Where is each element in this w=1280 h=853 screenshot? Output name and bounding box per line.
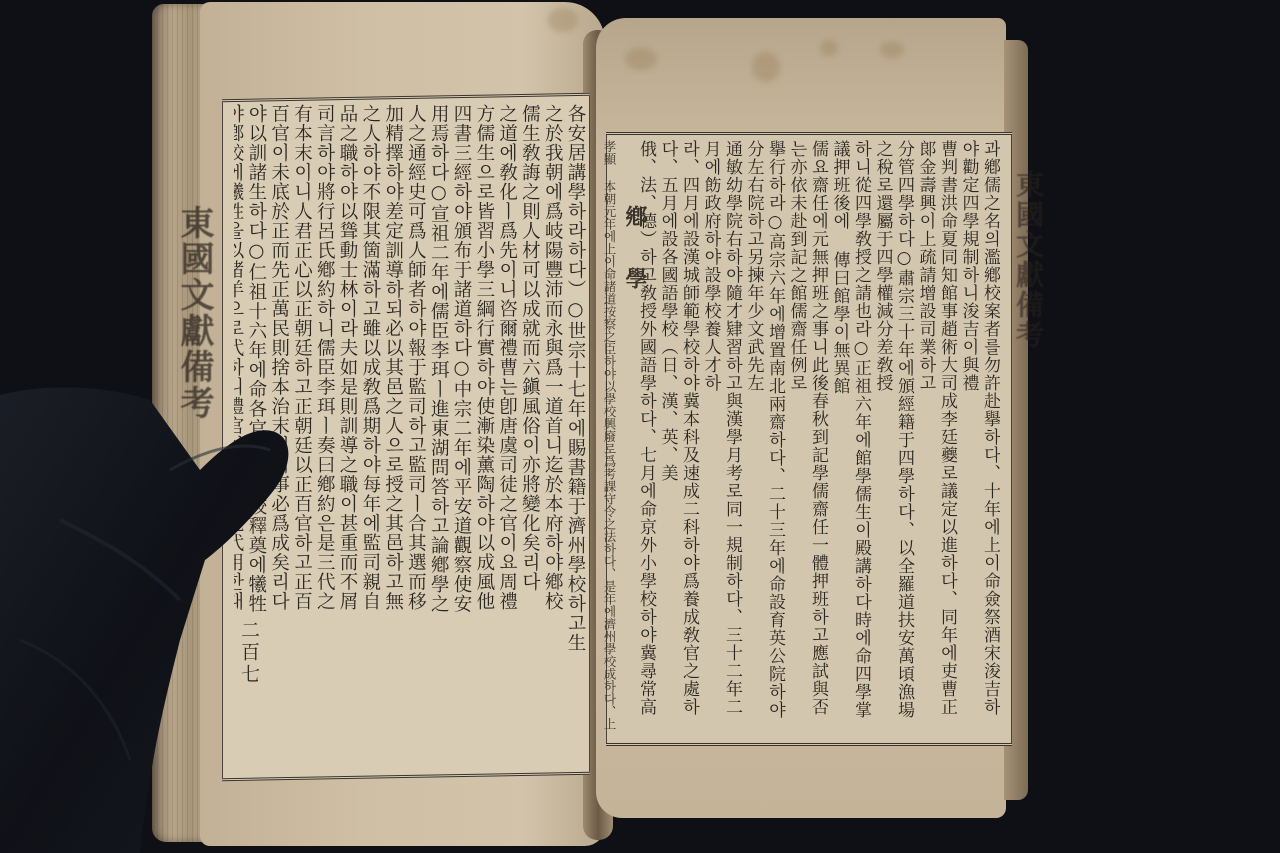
text-column: 分管四學하다○肅宗三十年에頒經籍于四學하다、以全羅道扶安萬頃漁場之稅로還屬于四學… — [873, 140, 915, 719]
section-heading: 鄕學 — [620, 205, 651, 329]
text-column: 百官이未底於正而先正萬民則捨本治末이니事必爲成矣리다 — [269, 104, 290, 611]
left-margin-title: 東國文獻備考 — [170, 205, 219, 421]
text-column: 加精擇하야差定訓導하되必以其邑之人으로授之其邑하고無 — [383, 104, 404, 611]
text-column: 하니從四學敎授之請也라○正祖六年에館學儒生이殿講하다時에命四學掌議押班後에 傳曰… — [830, 140, 872, 719]
text-column: 品之職하야以聳動士林이라夫如是則訓導之職이甚重而不屑 — [337, 104, 358, 611]
text-column: 야以訓諸生하다○仁祖十六年에命各官하야鄕校釋奠에犧牲 — [246, 104, 267, 614]
paper-stain — [752, 52, 780, 82]
text-column: 과鄕儒之名의濫鄕校案者를勿許赴擧하다、十年에上이命僉祭酒宋浚吉하야勸定四學規制하… — [959, 140, 1001, 716]
left-page-body-text: 各安居講學하라하다）○世宗十七年에賜書籍于濟州學校하고生 之於我朝에爲岐陽豐沛而… — [234, 104, 586, 764]
text-column: 方儒生으로皆習小學三綱行實하야使漸染薰陶하야以成風他 — [474, 104, 495, 611]
text-column: 曹判書洪命夏同知館事趙術大司成李廷夔로議定以進하다、同年에吏曹正郞金壽興이上疏請… — [916, 140, 958, 716]
text-column: 四書三經하야頒布于諸道하다○中宗二年에平安道觀察使安 — [451, 104, 472, 614]
text-column: 通敏幼學院右하야隨才肄習하고與漢學月考로同一規制하다、三十二年二月에飭政府하야設… — [701, 140, 743, 716]
text-column: 用焉하다○宣祖二年에儒臣李珥ㅣ進東湖問答하고論鄕學之 — [428, 104, 449, 614]
paper-stain — [880, 42, 904, 58]
text-column: 之於我朝에爲岐陽豐沛而永與爲一道首니迄於本府하야鄕校 — [542, 104, 563, 611]
paper-stain — [820, 40, 838, 56]
right-side-note: 孝顯 本朝元年에上이命諸道按察之臣하야以學校興廢로爲考課守令之法하다、是年에濟州… — [602, 140, 617, 730]
text-column: 儒生敎誨之則人材可以成就而六鎭風俗이亦將變化矣리다 — [519, 104, 540, 592]
text-column: 之道에敎化ㅣ爲先이니咨爾禮曹는卽唐虞司徒之官이요周禮 — [497, 104, 518, 611]
text-column: 儒요齋任에元無押班之事니此後春秋到記學儒齋任一體押班하고應試與否는亦依未赴到記之… — [787, 140, 829, 716]
text-column: 之人하야不限其箇滿하고雖以成敎爲期하야每年에監司親自 — [360, 104, 381, 611]
text-column: 有本末이니人君正心以正朝廷하고正朝廷以正百官하고正百 — [291, 104, 312, 611]
book-photograph: 東國文獻備考 東國文獻備考 各安居講學하라하다）○世宗十七年에賜書籍于濟州學校하… — [0, 0, 1280, 853]
text-column: 擧行하라○高宗六年에增置南北兩齋하다、二十三年에命設育英公院하야分左右院하고另揀… — [744, 140, 786, 719]
right-page-body-text: 과鄕儒之名의濫鄕校案者를勿許赴擧하다、十年에上이命僉祭酒宋浚吉하야勸定四學規制하… — [640, 140, 1000, 730]
page-number: 二百七 — [236, 620, 263, 686]
right-margin-title: 東國文獻備考 — [1008, 170, 1048, 350]
text-column: 各安居講學하라하다）○世宗十七年에賜書籍于濟州學校하고生 — [565, 104, 586, 653]
text-column: 라、四月에設漢城師範學校하야冀本科及速成二科하야爲養成敎官之處하다、五月에設各國… — [658, 140, 700, 716]
paper-stain — [548, 8, 578, 32]
paper-stain — [625, 48, 657, 70]
text-column: 야鄕校에犧牲을以猪羊으로代하니禮官이請以獐鹿代用한대 — [234, 104, 244, 611]
text-column: 司言하야將行呂氏鄕約하니儒臣李珥ㅣ奏曰鄕約은是三代之 — [314, 104, 335, 611]
text-column: 人之通經史可爲人師者하야報于監司하고監司ㅣ合其選而移 — [405, 104, 426, 611]
